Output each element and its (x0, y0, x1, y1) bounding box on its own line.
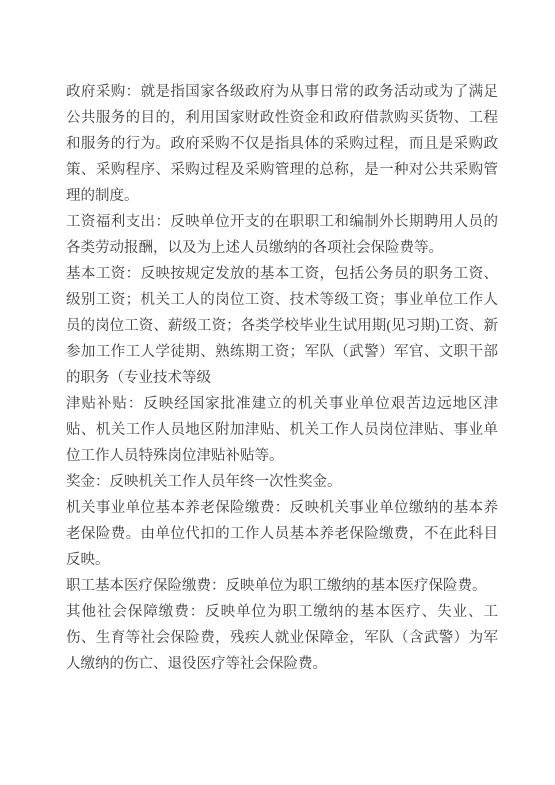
definition-text: 反映按规定发放的基本工资，包括公务员的职务工资、级别工资；机关工人的岗位工资、技… (66, 266, 498, 386)
term-label: 工资福利支出 (66, 214, 155, 230)
definition-paragraph: 工资福利支出：反映单位开支的在职职工和编制外长期聘用人员的各类劳动报酬，以及为上… (66, 209, 498, 261)
definition-text: 就是指国家各级政府为从事日常的政务活动或为了满足公共服务的目的，利用国家财政性资… (66, 84, 498, 204)
term-separator: ： (95, 474, 110, 490)
text-body: 政府采购：就是指国家各级政府为从事日常的政务活动或为了满足公共服务的目的，利用国… (66, 79, 498, 677)
term-separator: ： (155, 214, 170, 230)
definition-paragraph: 津贴补贴：反映经国家批准建立的机关事业单位艰苦边远地区津贴、机关工作人员地区附加… (66, 391, 498, 469)
document-page: 政府采购：就是指国家各级政府为从事日常的政务活动或为了满足公共服务的目的，利用国… (0, 0, 555, 785)
term-separator: ： (190, 604, 205, 620)
term-label: 职工基本医疗保险缴费 (66, 578, 211, 594)
term-label: 奖金 (66, 474, 95, 490)
definition-paragraph: 政府采购：就是指国家各级政府为从事日常的政务活动或为了满足公共服务的目的，利用国… (66, 79, 498, 209)
term-separator: ： (211, 578, 226, 594)
term-label: 津贴补贴 (66, 396, 128, 412)
definition-text: 反映单位为职工缴纳的基本医疗保险费。 (226, 578, 487, 594)
definition-text: 反映机关工作人员年终一次性奖金。 (110, 474, 342, 490)
definition-paragraph: 其他社会保障缴费：反映单位为职工缴纳的基本医疗、失业、工伤、生育等社会保险费，残… (66, 599, 498, 677)
term-label: 政府采购 (66, 84, 126, 100)
definition-paragraph: 职工基本医疗保险缴费：反映单位为职工缴纳的基本医疗保险费。 (66, 573, 498, 599)
definition-paragraph: 奖金：反映机关工作人员年终一次性奖金。 (66, 469, 498, 495)
term-label: 机关事业单位基本养老保险缴费 (66, 500, 275, 516)
term-label: 基本工资 (66, 266, 126, 282)
term-separator: ： (126, 266, 141, 282)
term-separator: ： (126, 84, 141, 100)
term-separator: ： (275, 500, 290, 516)
term-label: 其他社会保障缴费 (66, 604, 190, 620)
definition-paragraph: 机关事业单位基本养老保险缴费：反映机关事业单位缴纳的基本养老保险费。由单位代扣的… (66, 495, 498, 573)
definition-paragraph: 基本工资：反映按规定发放的基本工资，包括公务员的职务工资、级别工资；机关工人的岗… (66, 261, 498, 391)
term-separator: ： (128, 396, 143, 412)
